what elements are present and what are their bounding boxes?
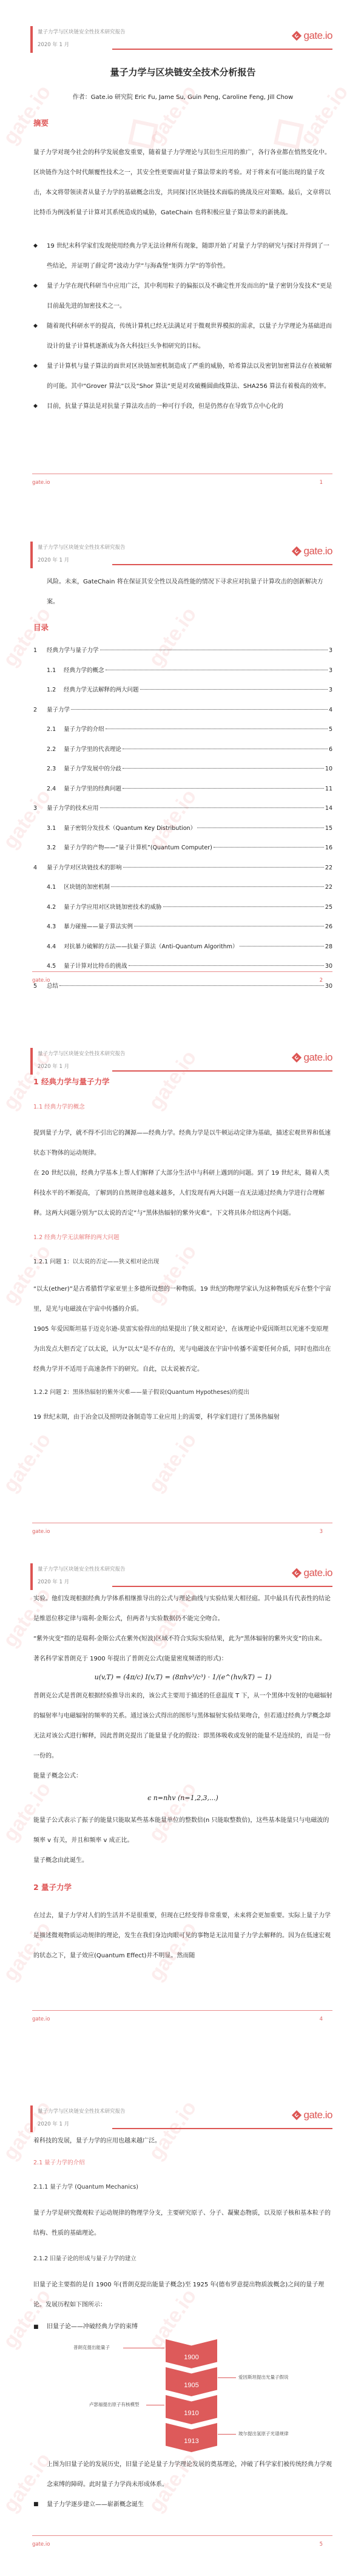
section-heading-2-1: 2.1 量子力学的介绍 — [33, 2157, 332, 2169]
toc-entry[interactable]: 4.1区块链的加密机制22 — [33, 878, 332, 898]
toc-entry[interactable]: 2量子力学4 — [33, 701, 332, 721]
paragraph: 在过去，量子力学对人们的生活并不是很重要，但现在已经变得非常重要，未来将会更加重… — [33, 1906, 332, 1966]
page-header: 量子力学与区块链安全性技术研究报告 2020 年 1 月 gate.io — [30, 26, 332, 56]
list-item: ◆量子力学在现代科研当中应用广泛，其中利用粒子的偏振以及不确定性开发而出的“量子… — [33, 276, 332, 316]
header-accent-bar — [30, 26, 33, 53]
gateio-logo: gate.io — [291, 30, 332, 42]
paragraph: 能量子概念公式： — [33, 1766, 332, 1786]
timeline-year-1900: 1900 — [166, 2339, 217, 2368]
timeline-label: 玻尔提出氢原子光谱规律 — [238, 2431, 289, 2437]
paragraph: 1905 年爱因斯坦基于迈克尔逊-莫雷实验得出的结果提出了狭义相对论¹，在该理论… — [33, 1319, 332, 1379]
section-heading-1-2-2: 1.2.2 问题 2：黑体热辐射的紫外灾难——量子假说(Quantum Hypo… — [33, 1387, 332, 1399]
gateio-logo: gate.io — [291, 2109, 332, 2121]
diamond-bullet-icon: ◆ — [33, 356, 47, 396]
document-title: 量子力学与区块链安全技术分析报告 — [33, 65, 332, 80]
document-page-3: gate.io gate.io gate.io gate.io gate.io … — [0, 990, 364, 1539]
diamond-bullet-icon: ◆ — [33, 236, 47, 276]
list-item: ◆目前，抗量子算法是对抗量子算法攻击的一种可行手段，但是仍然存在导致节点中心化的 — [33, 396, 332, 416]
authors: 作者：Gate.io 研究院 Eric Fu, Jame Su, Guin Pe… — [33, 92, 332, 104]
page-header: 量子力学与区块链安全性技术研究报告 2020 年 1 月 gate.io — [30, 1563, 332, 1594]
list-item: ◆随着现代科研水平的提高，传统计算机已经无法满足对于微观世界模拟的需求，以量子力… — [33, 316, 332, 356]
toc-entry[interactable]: 1经典力学与量子力学3 — [33, 641, 332, 661]
watermark: gate.io — [0, 1429, 56, 1497]
paragraph: 提到量子力学，就不得不引出它的渊源——经典力学。经典力学是以牛顿运动定律为基础，… — [33, 1123, 332, 1163]
toc-entry[interactable]: 1.2经典力学无法解释的两大问题3 — [33, 681, 332, 701]
list-item: ■旧量子论——冲破经典力学的束缚 — [33, 2321, 332, 2333]
timeline-label: 爱因斯坦提出光量子假说 — [238, 2374, 289, 2381]
toc-entry[interactable]: 4量子力学对区块链技术的影响22 — [33, 858, 332, 878]
page-footer: gate.io 1 — [32, 474, 332, 486]
paragraph: “以太(ether)”是古希腊哲学家亚里士多德所设想的一种物质。19 世纪的物理… — [33, 1279, 332, 1319]
gateio-logo-icon — [291, 546, 302, 557]
paragraph: 上图为旧量子论的发展历史，旧量子论是量子力学理论发展的奠基理论，冲破了科学家们被… — [33, 2455, 332, 2495]
header-date: 2020 年 1 月 — [38, 41, 69, 48]
gateio-logo-icon — [291, 1052, 302, 1063]
list-item: ◆量子计算机与量子算法的面世对区块链加密机制造成了严重的威胁，哈希算法以及密钥加… — [33, 356, 332, 396]
paragraph: “紫外灾变”指的是瑞利-金斯公式在紫外(短波)区域不符合实际实验结果，此为“黑体… — [33, 1629, 332, 1649]
footer-brand: gate.io — [32, 480, 50, 486]
document-page-5: gate.io gate.io gate.io gate.io gate.io … — [0, 2034, 364, 2576]
paragraph: 量子概念由此诞生。 — [33, 1850, 332, 1871]
planck-formula: u(v,T) = (4π/c) I(v,T) = (8πhv³/c³) · 1/… — [33, 1671, 332, 1684]
gateio-logo: gate.io — [291, 545, 332, 557]
toc-entry[interactable]: 4.3暴力碰撞——量子算法实例26 — [33, 917, 332, 937]
list-item: ◆19 世纪末科学家们发现使用经典力学无法诠释所有现象，随即开始了对量子力学的研… — [33, 236, 332, 276]
document-page-2: gate.io gate.io gate.io gate.io 量子力学与区块链… — [0, 486, 364, 990]
toc-entry[interactable]: 3.1量子密钥分发技术（Quantum Key Distribution）15 — [33, 819, 332, 839]
page-header: 量子力学与区块链安全性技术研究报告 2020 年 1 月 gate.io — [30, 1048, 332, 1078]
table-of-contents: 1经典力学与量子力学3 1.1经典力学的概念3 1.2经典力学无法解释的两大问题… — [33, 641, 332, 990]
gateio-logo: gate.io — [291, 1567, 332, 1579]
paragraph: 在 20 世纪以前，经典力学基本上帮人们解释了大部分生活中与科研上遇到的问题。到… — [33, 1163, 332, 1223]
page-footer: gate.io 3 — [32, 1523, 332, 1539]
toc-entry[interactable]: 2.1量子力学的介绍5 — [33, 720, 332, 740]
page-number: 2 — [320, 977, 323, 984]
timeline-label: 普朗克提出能量子 — [73, 2345, 110, 2351]
watermark: gate.io — [144, 1429, 201, 1497]
section-heading-2-1-1: 2.1.1 量子力学 (Quantum Mechanics) — [33, 2181, 332, 2194]
gateio-logo-icon — [291, 2110, 302, 2121]
paragraph: 量子力学是研究微观粒子运动规律的物理学分支，主要研究原子、分子、凝聚态物质，以及… — [33, 2203, 332, 2243]
timeline-year-1910: 1910 — [166, 2395, 217, 2424]
energy-quantum-formula: ϵ n=nhv (n=1,2,3,...) — [33, 1792, 332, 1804]
gateio-logo: gate.io — [291, 1052, 332, 1064]
page-header: 量子力学与区块链安全性技术研究报告 2020 年 1 月 gate.io — [30, 542, 332, 572]
page-footer: gate.io 4 — [32, 2010, 332, 2028]
list-item: ■量子力学逐步建立——崭新概念诞生 — [33, 2495, 332, 2515]
page-footer: gate.io 2 — [32, 971, 332, 990]
page-number: 1 — [320, 480, 323, 486]
header-rule — [112, 49, 332, 50]
toc-entry[interactable]: 2.4量子力学里的经典问题11 — [33, 780, 332, 800]
gateio-logo-icon — [291, 30, 302, 41]
page-footer: gate.io 5 — [32, 2535, 332, 2554]
square-bullet-icon: ■ — [33, 2495, 47, 2515]
toc-entry[interactable]: 3量子力学的技术应用14 — [33, 799, 332, 819]
gateio-logo-icon — [291, 1568, 302, 1579]
toc-entry[interactable]: 2.2量子力学里的代表理论6 — [33, 740, 332, 760]
page-number: 4 — [320, 2016, 323, 2022]
section-heading-2: 2 量子力学 — [33, 1881, 332, 1894]
square-bullet-icon: ■ — [33, 2321, 47, 2333]
timeline-year-1913: 1913 — [166, 2423, 217, 2452]
toc-entry[interactable]: 1.1经典力学的概念3 — [33, 661, 332, 681]
paragraph: 能量子公式表示了振子的能量只能取某些基本能量单位的整数倍(n 只能取整数倍)，这… — [33, 1810, 332, 1850]
section-heading-1-2-1: 1.2.1 问题 1：以太说的否定——狭义相对论出现 — [33, 1256, 332, 1268]
diamond-bullet-icon: ◆ — [33, 396, 47, 416]
old-quantum-theory-timeline: 1900 普朗克提出能量子 1905 爱因斯坦提出光量子假说 1910 卢瑟福提… — [33, 2336, 332, 2451]
paragraph: 普朗克公式是普朗克根据经验推导出来的，该公式主要用于描述的任意温度 T 下，从一… — [33, 1686, 332, 1766]
document-page-4: gate.io gate.io gate.io gate.io gate.io … — [0, 1539, 364, 2034]
section-heading-1-1: 1.1 经典力学的概念 — [33, 1101, 332, 1113]
abstract-text: 量子力学对现今社会的科学发展愈发重要，随着量子力学理论与其衍生应用的推广，各行各… — [33, 143, 332, 223]
toc-entry[interactable]: 3.2量子力学的产物——“量子计算机”(Quantum Computer)16 — [33, 838, 332, 858]
paragraph: 实验。他们发现根据经典力学体系相继推导出的公式与理论曲线与实验结果大相径庭。其中… — [33, 1589, 332, 1629]
abstract-continued: 风险。未来，GateChain 将在保证其安全性以及高性能的情况下寻求应对抗量子… — [33, 572, 332, 612]
header-report-name: 量子力学与区块链安全性技术研究报告 — [38, 28, 126, 35]
page-number: 5 — [320, 2541, 323, 2547]
toc-entry[interactable]: 4.4对抗暴力破解的方法——抗量子算法（Anti-Quantum Algorit… — [33, 937, 332, 957]
toc-entry[interactable]: 2.3量子力学发展中的分歧10 — [33, 760, 332, 780]
diamond-bullet-icon: ◆ — [33, 316, 47, 356]
timeline-year-1905: 1905 — [166, 2367, 217, 2396]
diamond-bullet-icon: ◆ — [33, 276, 47, 316]
paragraph: 19 世纪末期，由于冶金以及照明设备制造等工业应用上的需要，科学家们进行了黑体热… — [33, 1407, 332, 1427]
timeline-label: 卢瑟福提出原子有核模型 — [89, 2402, 140, 2408]
paragraph: 旧量子论主要指的是自 1900 年(普朗克提出能量子概念)至 1925 年(德布… — [33, 2275, 332, 2315]
page-number: 3 — [320, 1529, 323, 1535]
page-header: 量子力学与区块链安全性技术研究报告 2020 年 1 月 gate.io — [30, 2105, 332, 2136]
document-page-1: gate.io gate.io gate.io 量子力学与区块链安全性技术研究报… — [0, 0, 364, 486]
toc-heading: 目录 — [33, 622, 332, 634]
abstract-heading: 摘要 — [33, 117, 332, 129]
section-heading-1-2: 1.2 经典力学无法解释的两大问题 — [33, 1232, 332, 1244]
toc-entry[interactable]: 4.2量子力学应用对区块链加密技术的威胁25 — [33, 898, 332, 918]
section-heading-2-1-2: 2.1.2 旧量子论的形成与量子力学的建立 — [33, 2253, 332, 2265]
paragraph: 著名科学家普朗克于 1900 年提出了普朗克公式(能量密度频谱的形式)： — [33, 1649, 332, 1669]
